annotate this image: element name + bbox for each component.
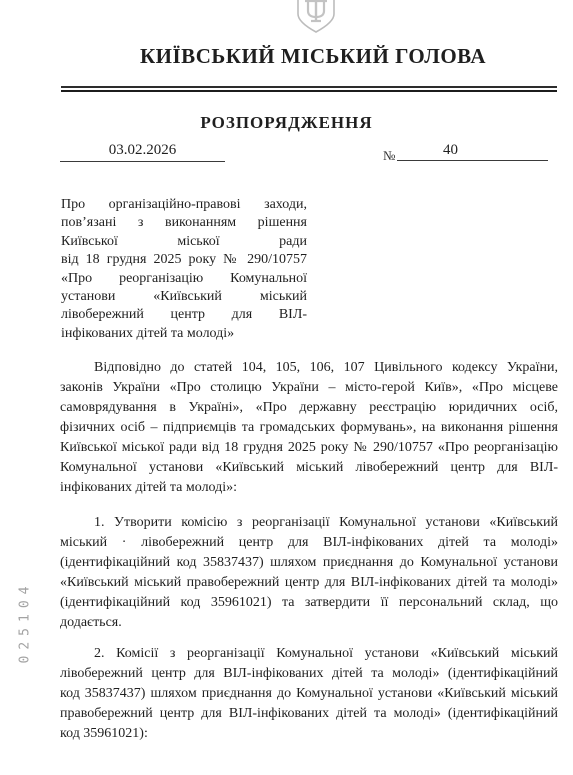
body-text-line: Відповідно до статей 104, 105, 106, 107 …	[60, 358, 558, 378]
subject-text-line: установи «Київський міський	[61, 288, 307, 306]
body-text-line: 1. Утворити комісію з реорганізації Кому…	[60, 513, 558, 533]
document-type-title: РОЗПОРЯДЖЕННЯ	[0, 113, 573, 133]
subject-text-line: від 18 грудня 2025 року № 290/10757	[61, 251, 307, 269]
number-sign-label: №	[383, 148, 395, 164]
body-text-line: лівобережний центр для ВІЛ-інфікованих д…	[60, 664, 558, 684]
subject-text-line: пов’язані з виконанням рішення	[61, 214, 307, 232]
body-text-line: «Київський міський правобережний центр д…	[60, 573, 558, 593]
header-divider	[61, 86, 557, 92]
order-subject: Про організаційно-правові заходи,пов’яза…	[61, 196, 307, 343]
order-date: 03.02.2026	[60, 142, 225, 162]
body-text-line: (ідентифікаційний код 35961021) та затве…	[60, 593, 558, 613]
subject-text-line: «Про реорганізацію Комунальної	[61, 270, 307, 288]
subject-text-line: лівобережний центр для ВІЛ-	[61, 306, 307, 324]
subject-text-line: Про організаційно-правові заходи,	[61, 196, 307, 214]
body-text-line: Комунальної установи «Київський міський …	[60, 458, 558, 478]
subject-text-line: інфікованих дітей та молоді»	[61, 325, 307, 343]
preamble-paragraph: Відповідно до статей 104, 105, 106, 107 …	[60, 358, 558, 498]
body-text-line: фізичних осіб – підприємців та громадськ…	[60, 418, 558, 438]
body-text-line: (ідентифікаційний код 35837437) шляхом п…	[60, 553, 558, 573]
body-text-line: код 35961021):	[60, 724, 558, 744]
body-text-line: інфікованих дітей та молоді»:	[60, 478, 558, 498]
body-text-line: законів України «Про столицю України – м…	[60, 378, 558, 398]
body-text-line: правобережний центр для ВІЛ-інфікованих …	[60, 704, 558, 724]
body-text-line: код 35837437) шляхом приєднання до Комун…	[60, 684, 558, 704]
item-2-paragraph: 2. Комісії з реорганізації Комунальної у…	[60, 644, 558, 744]
body-text-line: самоврядування в Україні», «Про державну…	[60, 398, 558, 418]
body-text-line: 2. Комісії з реорганізації Комунальної у…	[60, 644, 558, 664]
subject-text-line: Київської міської ради	[61, 233, 307, 251]
body-text-line: міський · лівобережний центр для ВІЛ-інф…	[60, 533, 558, 553]
body-text-line: додається.	[60, 613, 558, 633]
body-text-line: Київської міської ради від 18 грудня 202…	[60, 438, 558, 458]
order-number: 40	[397, 142, 548, 161]
order-body: Відповідно до статей 104, 105, 106, 107 …	[60, 358, 558, 744]
issuer-title: КИЇВСЬКИЙ МІСЬКИЙ ГОЛОВА	[66, 44, 560, 69]
registration-stamp-code: 025104	[18, 581, 33, 664]
tryzub-shield-icon	[294, 0, 338, 35]
document-page: КИЇВСЬКИЙ МІСЬКИЙ ГОЛОВА РОЗПОРЯДЖЕННЯ 0…	[0, 0, 573, 775]
item-1-paragraph: 1. Утворити комісію з реорганізації Кому…	[60, 513, 558, 633]
